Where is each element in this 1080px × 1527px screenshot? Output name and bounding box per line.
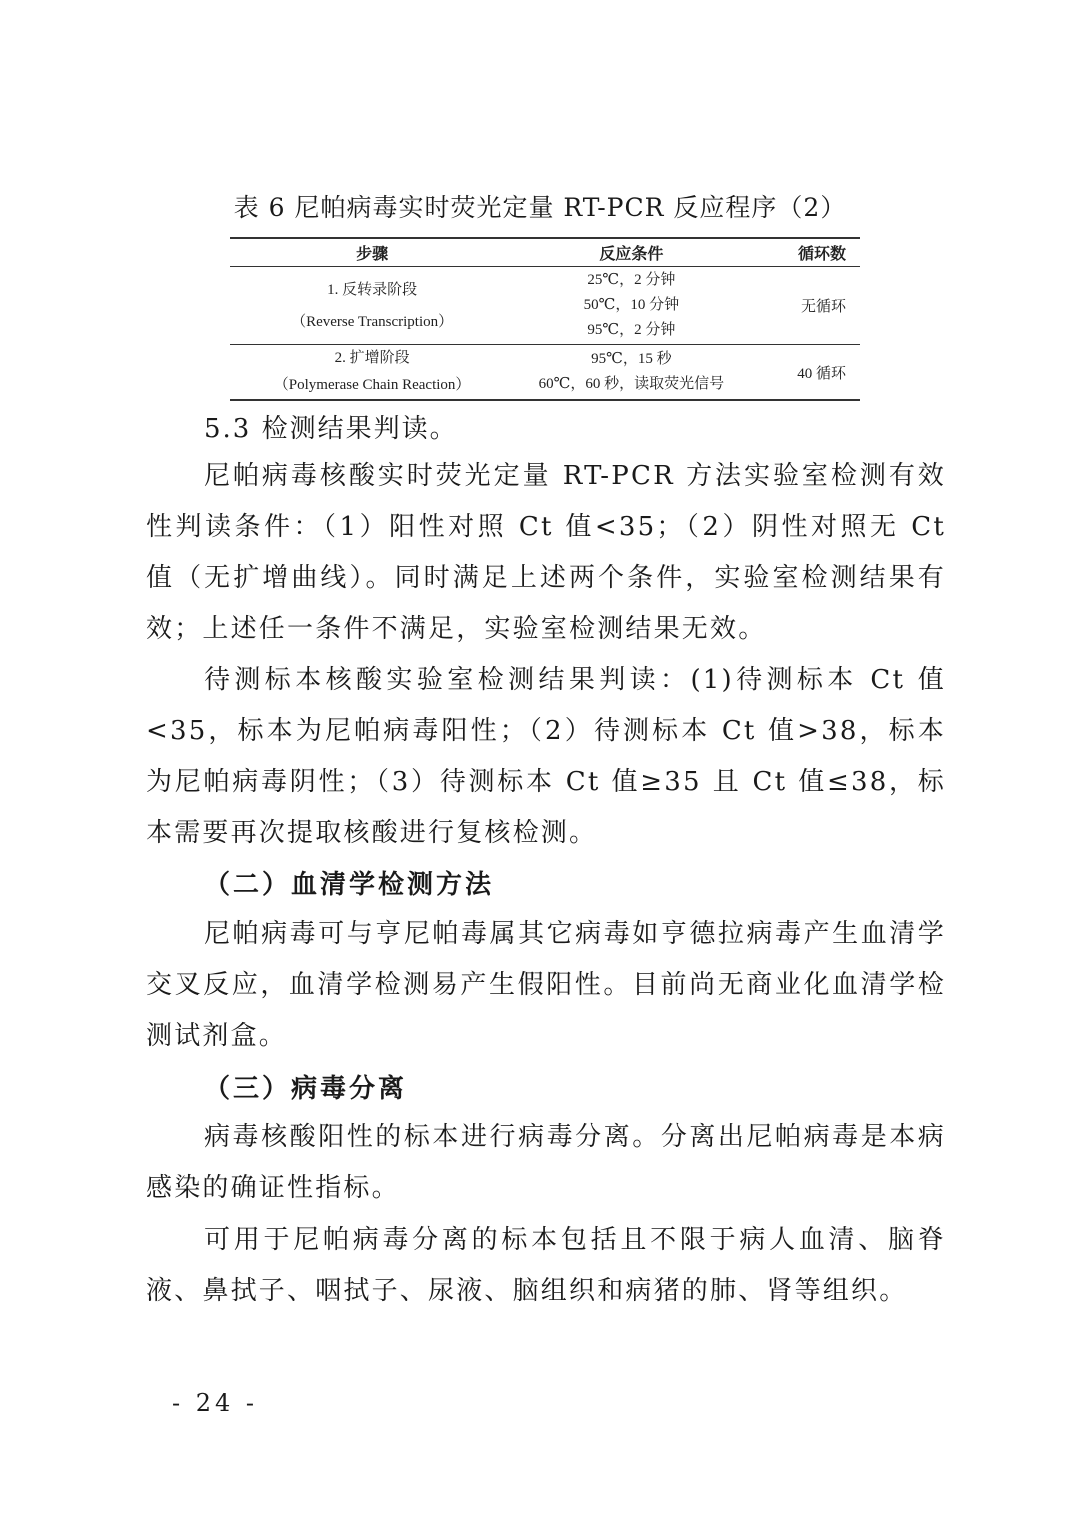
table-row: 1. 反转录阶段 （Reverse Transcription） 25℃，2 分… bbox=[230, 267, 860, 345]
cycles-cell: 40 循环 bbox=[748, 345, 860, 401]
condition: 25℃，2 分钟 bbox=[514, 268, 748, 293]
result-interpretation-paragraph: 待测标本核酸实验室检测结果判读：(1)待测标本 Ct 值<35，标本为尼帕病毒阳… bbox=[146, 655, 946, 859]
section-heading-serology: （二）血清学检测方法 bbox=[204, 864, 494, 901]
conditions-cell: 95℃，15 秒 60℃，60 秒，读取荧光信号 bbox=[514, 345, 748, 401]
step-cell: 1. 反转录阶段 （Reverse Transcription） bbox=[230, 267, 514, 345]
step-name-en: （Polymerase Chain Reaction） bbox=[230, 372, 514, 399]
step-cell: 2. 扩增阶段 （Polymerase Chain Reaction） bbox=[230, 345, 514, 401]
table-caption: 表 6 尼帕病毒实时荧光定量 RT-PCR 反应程序（2） bbox=[0, 188, 1080, 224]
condition: 95℃，2 分钟 bbox=[514, 318, 748, 343]
table-header-row: 步骤 反应条件 循环数 bbox=[230, 238, 860, 267]
isolation-paragraph-2: 可用于尼帕病毒分离的标本包括且不限于病人血清、脑脊液、鼻拭子、咽拭子、尿液、脑组… bbox=[146, 1215, 946, 1317]
header-conditions: 反应条件 bbox=[514, 238, 748, 267]
reaction-program-table: 步骤 反应条件 循环数 1. 反转录阶段 （Reverse Transcript… bbox=[230, 237, 860, 401]
step-name-cn: 2. 扩增阶段 bbox=[230, 345, 514, 372]
header-step: 步骤 bbox=[230, 238, 514, 267]
serology-paragraph: 尼帕病毒可与亨尼帕毒属其它病毒如亨德拉病毒产生血清学交叉反应，血清学检测易产生假… bbox=[146, 909, 946, 1062]
cycles-cell: 无循环 bbox=[748, 267, 860, 345]
step-name-cn: 1. 反转录阶段 bbox=[230, 274, 514, 306]
header-cycles: 循环数 bbox=[748, 238, 860, 267]
isolation-paragraph-1: 病毒核酸阳性的标本进行病毒分离。分离出尼帕病毒是本病感染的确证性指标。 bbox=[146, 1112, 946, 1214]
section-heading-5-3: 5.3 检测结果判读。 bbox=[204, 408, 458, 445]
table-row: 2. 扩增阶段 （Polymerase Chain Reaction） 95℃，… bbox=[230, 345, 860, 401]
page-number: - 24 - bbox=[172, 1389, 258, 1417]
validity-paragraph: 尼帕病毒核酸实时荧光定量 RT-PCR 方法实验室检测有效性判读条件：（1）阳性… bbox=[146, 451, 946, 655]
condition: 95℃，15 秒 bbox=[514, 347, 748, 372]
condition: 60℃，60 秒，读取荧光信号 bbox=[514, 372, 748, 397]
condition: 50℃，10 分钟 bbox=[514, 293, 748, 318]
conditions-cell: 25℃，2 分钟 50℃，10 分钟 95℃，2 分钟 bbox=[514, 267, 748, 345]
step-name-en: （Reverse Transcription） bbox=[230, 306, 514, 338]
section-heading-isolation: （三）病毒分离 bbox=[204, 1068, 407, 1105]
